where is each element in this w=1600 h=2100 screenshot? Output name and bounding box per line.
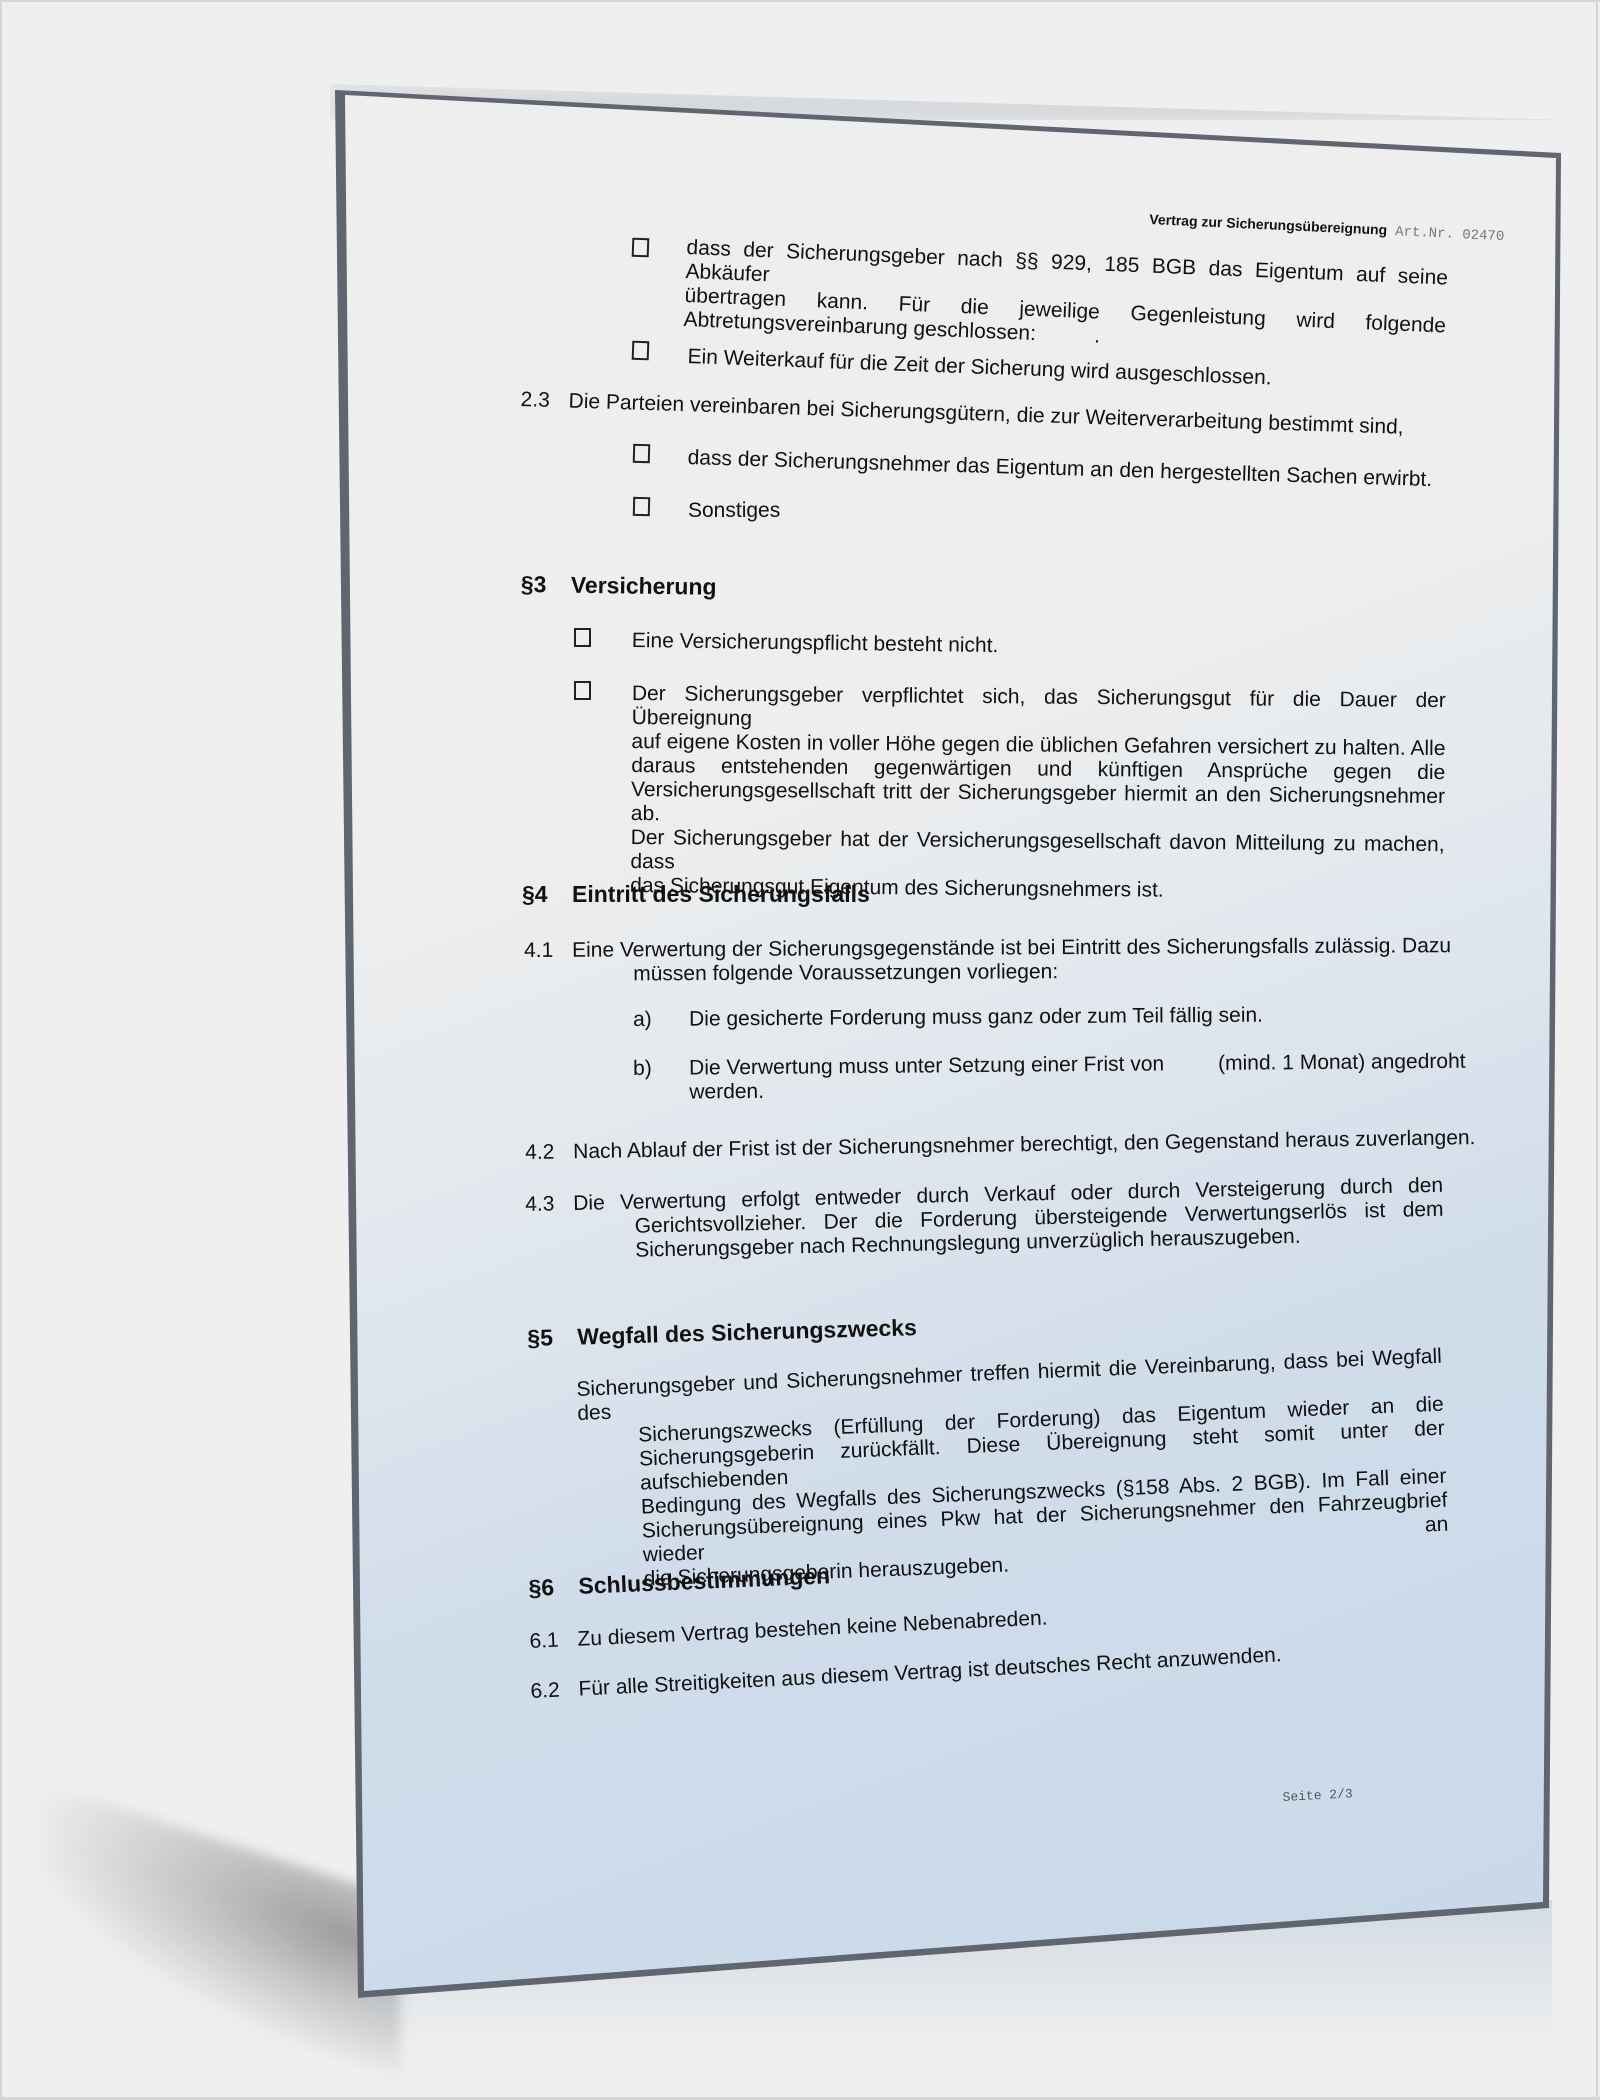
checkbox-insurance-obligation[interactable] [574,681,591,700]
item-b-text-1: Die Verwertung muss unter Setzung einer … [689,1052,1164,1079]
option-insurance-text: Der Sicherungsgeber verpflichtet sich, d… [630,682,1446,905]
section-3-heading: §3Versicherung [521,572,717,599]
page-cast-shadow [40,1782,400,2079]
section-3-number: §3 [521,572,571,597]
clause-2-3-number: 2.3 [520,388,569,413]
item-b: b)Die Verwertung muss unter Setzung eine… [633,1050,1448,1105]
header-article-number: Art.Nr. 02470 [1395,224,1505,245]
section-4-heading: §4Eintritt des Sicherungsfalls [522,882,870,906]
clause-4-2-number: 4.2 [525,1140,573,1165]
item-a: a)Die gesicherte Forderung muss ganz ode… [633,1004,1263,1032]
checkbox-other[interactable] [633,497,650,516]
item-a-label: a) [633,1008,689,1032]
clause-4-1-line-1: Eine Verwertung der Sicherungsgegenständ… [572,934,1451,962]
clause-6-2-number: 6.2 [530,1678,579,1704]
clause-6-1-number: 6.1 [529,1628,578,1654]
item-a-text: Die gesicherte Forderung muss ganz oder … [689,1004,1263,1031]
item-b-label: b) [633,1057,689,1081]
header-title: Vertrag zur Sicherungsübereignung [1149,211,1388,238]
checkbox-no-resale[interactable] [632,341,650,361]
section-6-number: §6 [528,1574,579,1600]
option-other-text: Sonstiges [688,499,780,523]
clause-4-1: 4.1Eine Verwertung der Sicherungsgegenst… [524,934,1444,987]
clause-4-3-number: 4.3 [525,1192,573,1217]
clause-4-1-number: 4.1 [524,939,572,963]
section-5-body: Sicherungsgeber und Sicherungsnehmer tre… [576,1345,1450,1594]
checkbox-processing[interactable] [633,444,650,463]
section-4-number: §4 [522,882,572,906]
section-3-title: Versicherung [571,572,717,600]
section-4-title: Eintritt des Sicherungsfalls [572,881,870,907]
checkbox-no-insurance[interactable] [574,628,591,647]
item-b-text-2: (mind. 1 Monat) angedroht [1218,1050,1466,1076]
frame-border-left [0,0,2,2100]
option-no-insurance-text: Eine Versicherungspflicht besteht nicht. [632,629,999,658]
insurance-line-1: Der Sicherungsgeber verpflichtet sich, d… [632,682,1446,737]
frame-border-right [1596,0,1598,2100]
frame-border-top [0,0,1600,2]
page-number: Seite 2/3 [1282,1782,1353,1810]
checkbox-resale-assignment[interactable] [632,238,650,258]
insurance-line-4: Versicherungsgesellschaft tritt der Sich… [631,778,1445,833]
insurance-line-5: Der Sicherungsgeber hat der Versicherung… [630,826,1444,881]
section-5-number: §5 [527,1325,578,1350]
clause-4-1-line-2: müssen folgende Voraussetzungen vorliege… [524,958,1444,987]
